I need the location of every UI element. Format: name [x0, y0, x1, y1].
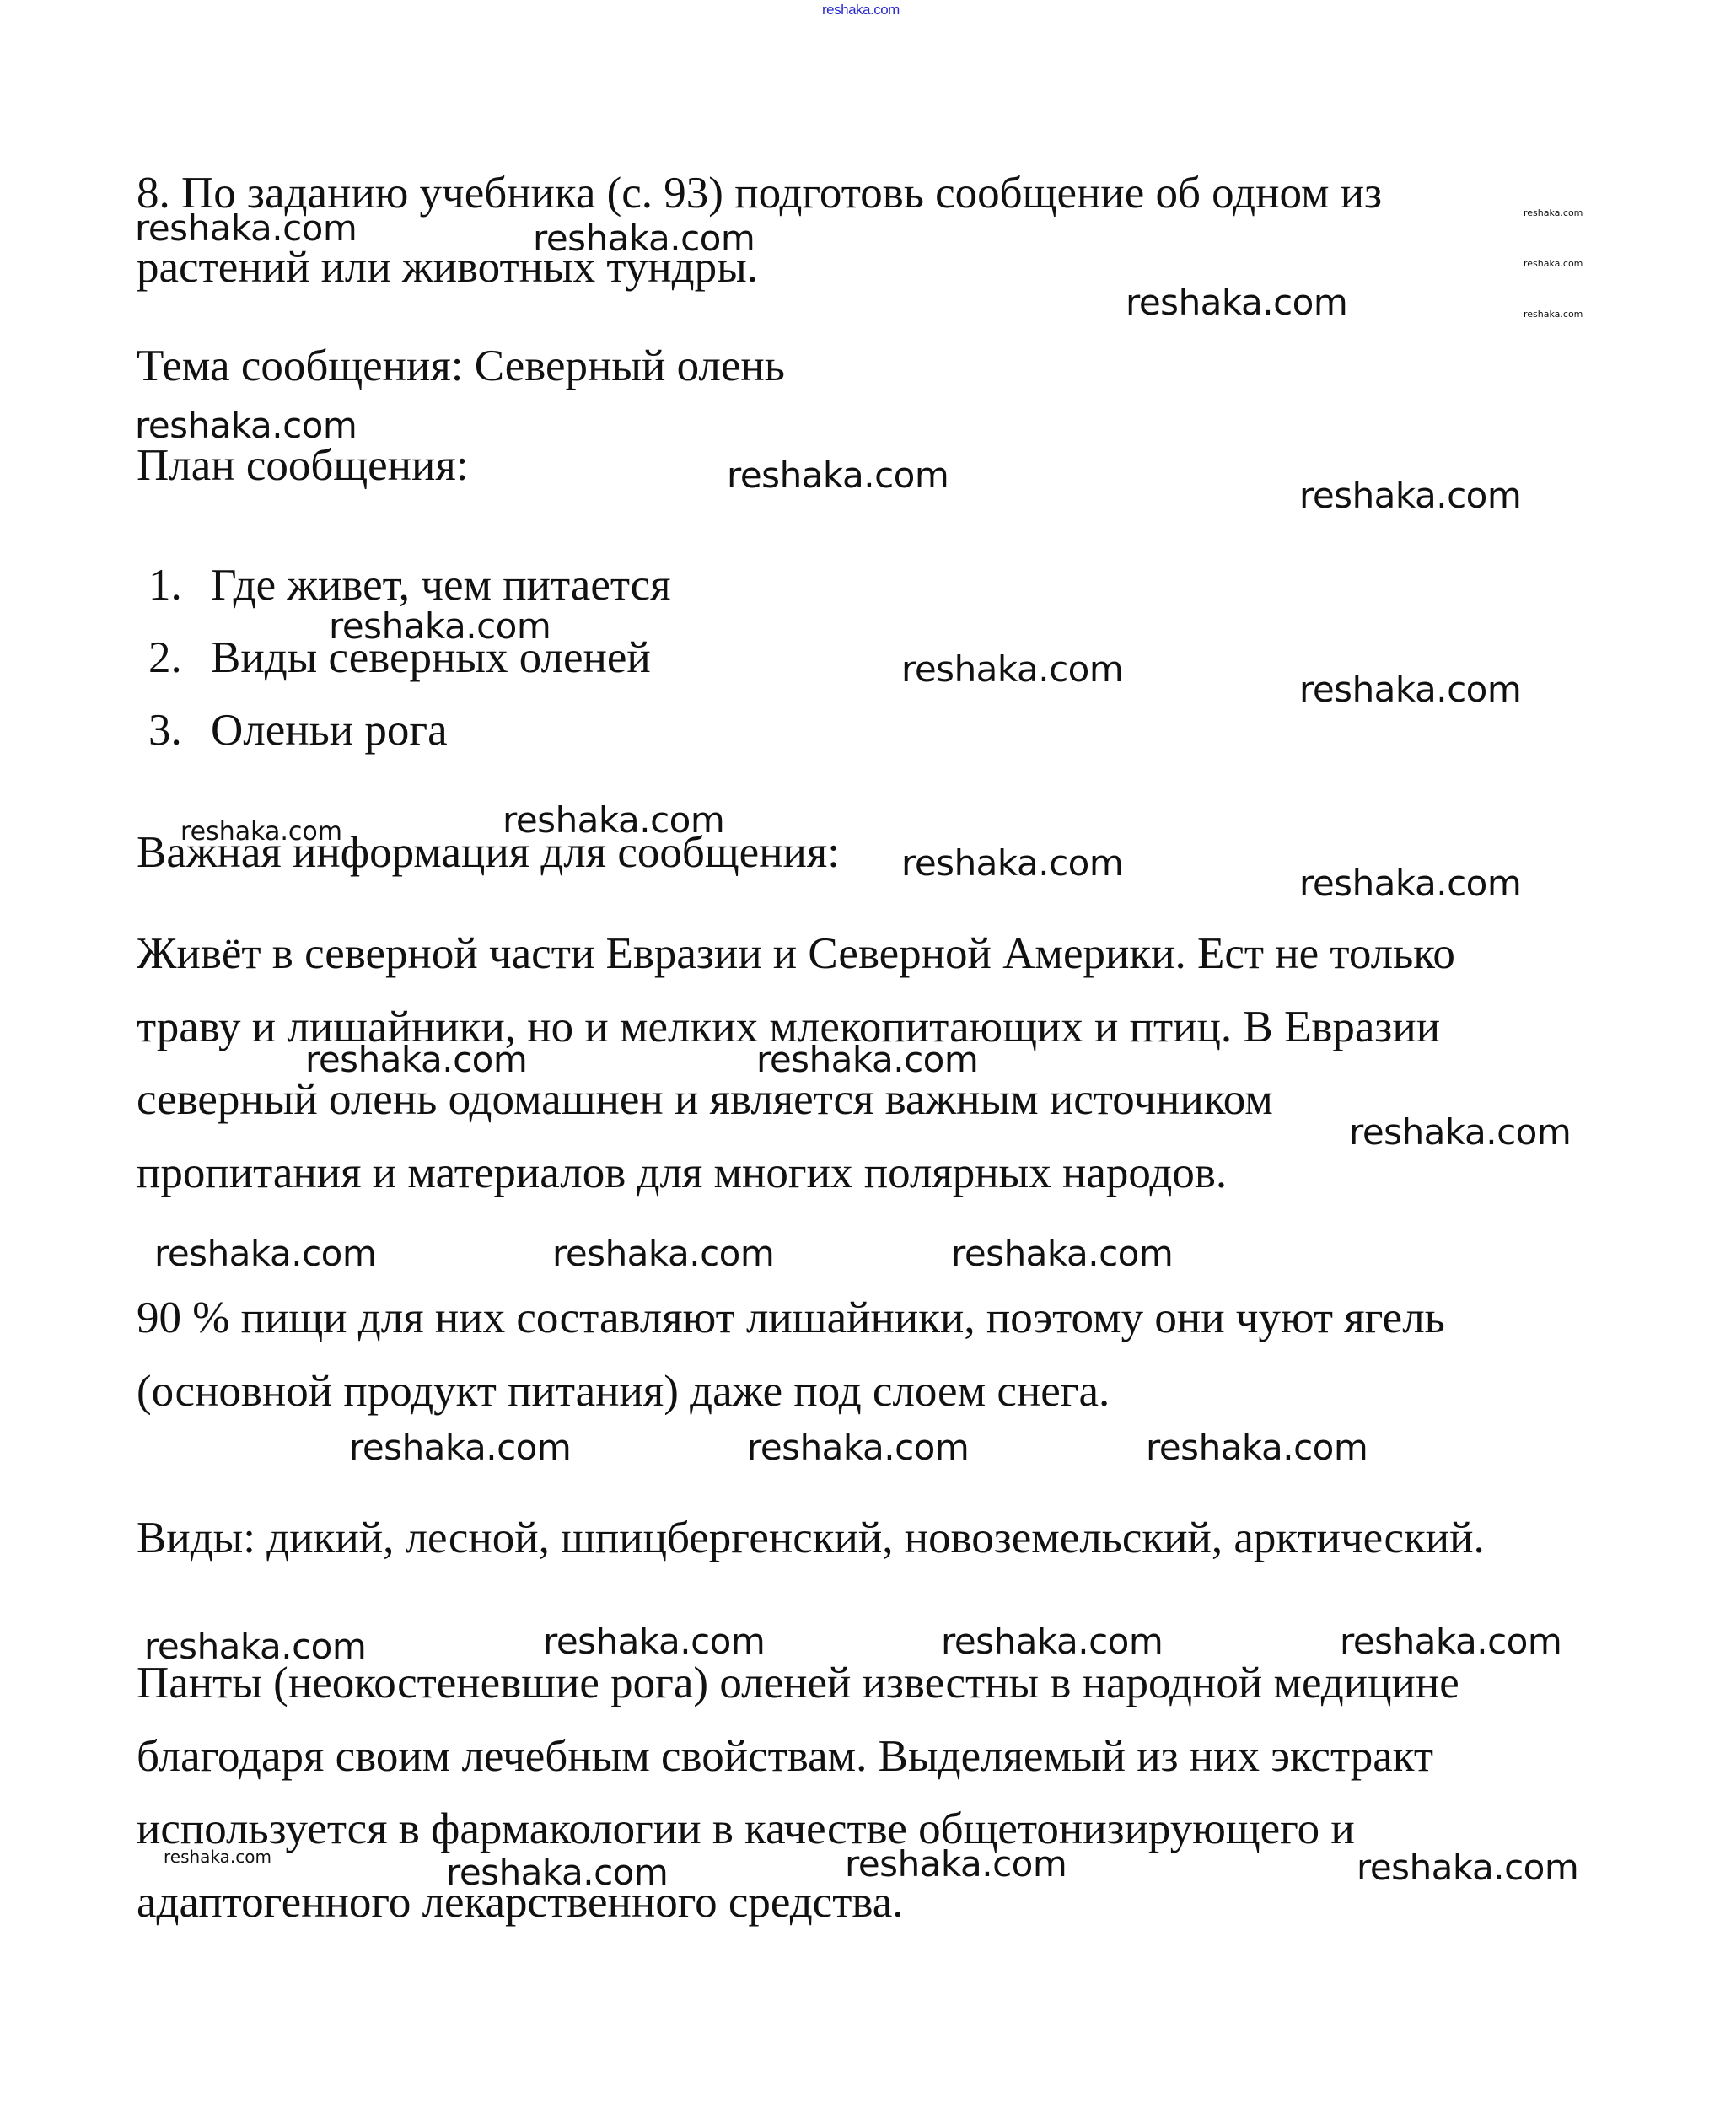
plan-heading: План сообщения: [137, 444, 469, 488]
watermark: reshaka.com [533, 221, 755, 256]
watermark: reshaka.com [552, 1236, 774, 1272]
topic-text: Тема сообщения: Северный олень [137, 344, 785, 389]
watermark: reshaka.com [1340, 1624, 1561, 1659]
plan-item-text: Где живет, чем питается [211, 561, 671, 610]
paragraph-4-line: используется в фармакологии в качестве о… [137, 1807, 1355, 1852]
paragraph-1-line: северный олень одомашнен и является важн… [137, 1078, 1273, 1122]
species-line: Виды: дикий, лесной, шпицбергенский, нов… [137, 1516, 1485, 1561]
watermark: reshaka.com [135, 408, 357, 444]
watermark: reshaka.com [901, 846, 1123, 881]
plan-item-text: Оленьи рога [211, 706, 448, 755]
plan-item-number: 2. [148, 636, 211, 680]
site-header-link[interactable]: reshaka.com [822, 2, 900, 19]
watermark: reshaka.com [747, 1430, 969, 1465]
paragraph-4-line: Панты (неокостеневшие рога) оленей извес… [137, 1661, 1459, 1706]
watermark: reshaka.com [329, 609, 551, 644]
watermark: reshaka.com [1524, 259, 1583, 268]
watermark: reshaka.com [1524, 208, 1583, 218]
paragraph-1-line: Живёт в северной части Евразии и Северно… [137, 932, 1455, 976]
watermark: reshaka.com [305, 1042, 527, 1078]
paragraph-2-line: (основной продукт питания) даже под слое… [137, 1369, 1110, 1414]
watermark: reshaka.com [951, 1236, 1173, 1272]
watermark: reshaka.com [1299, 478, 1521, 514]
watermark: reshaka.com [1357, 1850, 1578, 1885]
document-page: reshaka.com 8. По заданию учебника (с. 9… [0, 0, 1736, 2108]
watermark: reshaka.com [941, 1624, 1163, 1659]
watermark: reshaka.com [845, 1847, 1067, 1882]
watermark: reshaka.com [727, 458, 949, 493]
watermark: reshaka.com [349, 1430, 571, 1465]
watermark: reshaka.com [1299, 866, 1521, 901]
paragraph-2-line: 90 % пищи для них составляют лишайники, … [137, 1296, 1445, 1341]
watermark: reshaka.com [446, 1855, 668, 1890]
watermark: reshaka.com [164, 1848, 271, 1865]
plan-list-item: 3.Оленьи рога [148, 708, 448, 753]
watermark: reshaka.com [503, 803, 724, 838]
plan-list-item: 1.Где живет, чем питается [148, 563, 671, 608]
watermark: reshaka.com [901, 652, 1123, 687]
plan-item-number: 3. [148, 708, 211, 753]
watermark: reshaka.com [756, 1042, 978, 1078]
watermark: reshaka.com [543, 1624, 765, 1659]
paragraph-4-line: благодаря своим лечебным свойствам. Выде… [137, 1734, 1433, 1779]
paragraph-1-line: пропитания и материалов для многих поляр… [137, 1151, 1227, 1196]
watermark: reshaka.com [1146, 1430, 1368, 1465]
watermark: reshaka.com [180, 820, 342, 845]
watermark: reshaka.com [1126, 285, 1347, 320]
watermark: reshaka.com [1299, 672, 1521, 707]
watermark: reshaka.com [144, 1629, 366, 1664]
plan-item-number: 1. [148, 563, 211, 608]
watermark: reshaka.com [1349, 1115, 1571, 1150]
watermark: reshaka.com [1524, 309, 1583, 319]
watermark: reshaka.com [135, 211, 357, 246]
watermark: reshaka.com [154, 1236, 376, 1272]
